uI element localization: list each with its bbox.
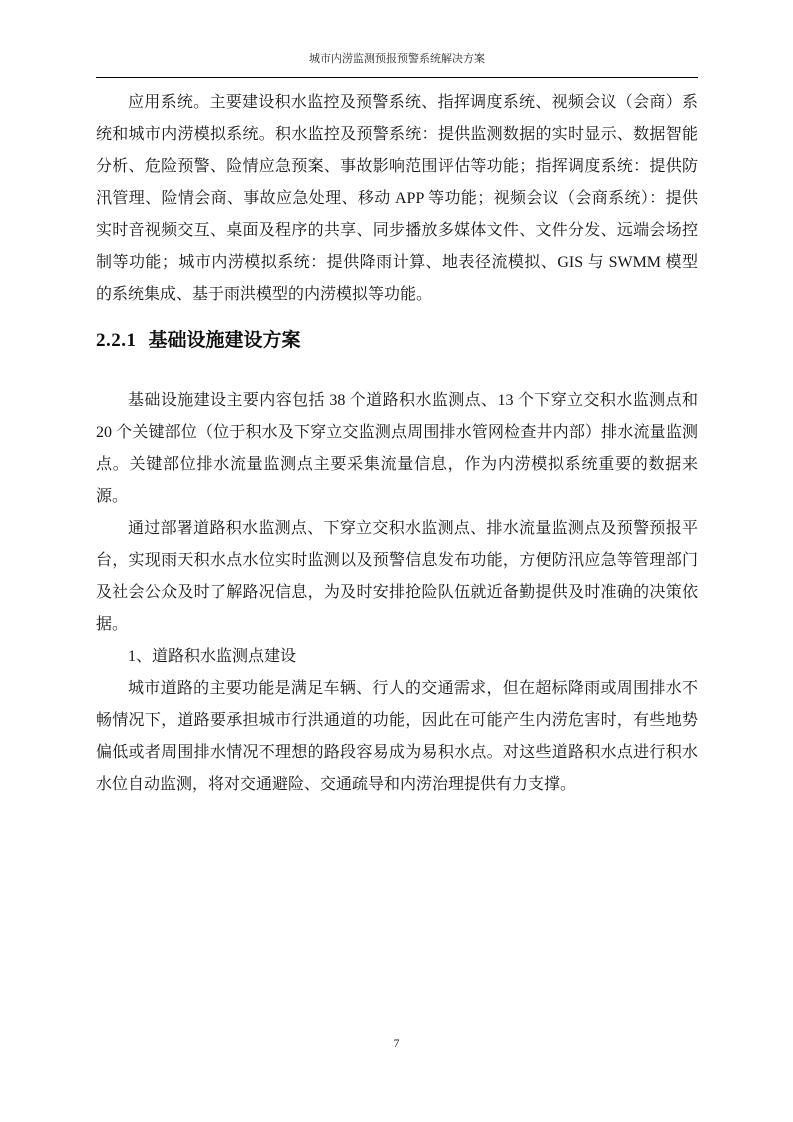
page-number: 7 <box>394 1036 400 1050</box>
header-rule <box>96 77 698 78</box>
section-heading-2-2-1: 2.2.1基础设施建设方案 <box>96 327 698 355</box>
header-title: 城市内涝监测预报预警系统解决方案 <box>96 52 698 66</box>
list-item-road-monitoring: 1、道路积水监测点建设 <box>96 641 698 673</box>
paragraph-road-function: 城市道路的主要功能是满足车辆、行人的交通需求，但在超标降雨或周围排水不畅情况下，… <box>96 673 698 801</box>
document-header: 城市内涝监测预报预警系统解决方案 <box>96 0 698 78</box>
paragraph-application-systems: 应用系统。主要建设积水监控及预警系统、指挥调度系统、视频会议（会商）系统和城市内… <box>96 87 698 311</box>
paragraph-platform-deployment: 通过部署道路积水监测点、下穿立交积水监测点、排水流量监测点及预警预报平台，实现雨… <box>96 513 698 641</box>
document-body: 应用系统。主要建设积水监控及预警系统、指挥调度系统、视频会议（会商）系统和城市内… <box>96 87 698 801</box>
section-number: 2.2.1 <box>96 330 137 351</box>
paragraph-infrastructure-overview: 基础设施建设主要内容包括 38 个道路积水监测点、13 个下穿立交积水监测点和 … <box>96 385 698 513</box>
document-page: 城市内涝监测预报预警系统解决方案 应用系统。主要建设积水监控及预警系统、指挥调度… <box>0 0 793 1122</box>
document-footer: 7 <box>0 1036 793 1050</box>
section-title: 基础设施建设方案 <box>149 330 301 351</box>
